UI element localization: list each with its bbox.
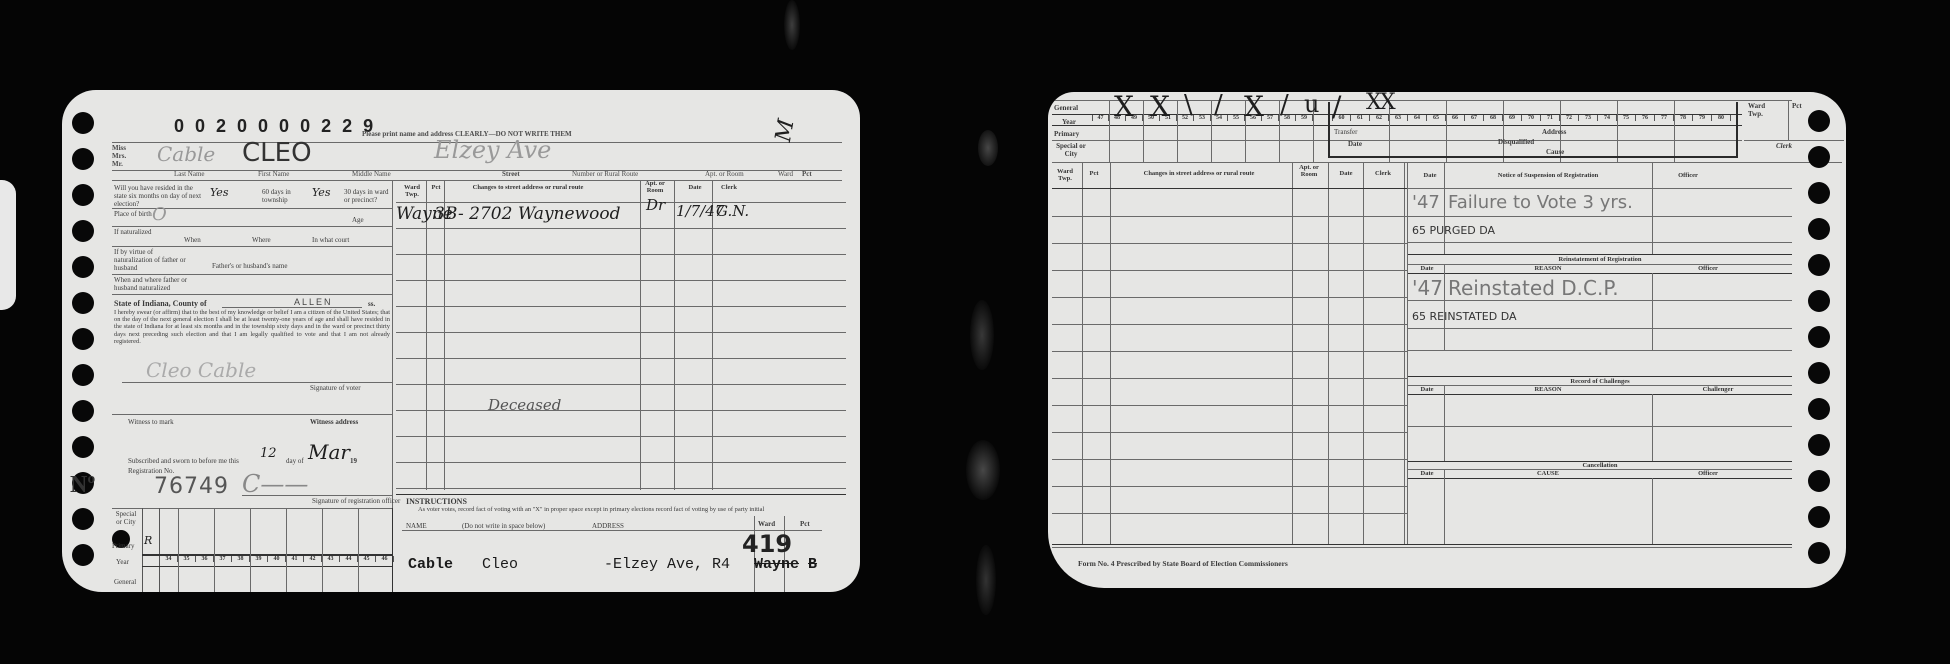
year-cell: 47 bbox=[1092, 115, 1109, 121]
punch-hole bbox=[72, 508, 94, 530]
primary-row-label: Primary bbox=[1054, 130, 1079, 138]
name-prefixes: Miss Mrs. Mr. bbox=[112, 144, 132, 168]
middle-name-label: Middle Name bbox=[352, 170, 391, 178]
handwritten-last-name: Cable bbox=[157, 142, 215, 166]
address-label: ADDRESS bbox=[592, 522, 624, 530]
residency-answer: Yes bbox=[210, 186, 228, 199]
vote-mark-u: u bbox=[1304, 92, 1319, 118]
col-header-date: Date bbox=[680, 184, 710, 191]
days-township-answer: Yes bbox=[312, 186, 330, 199]
place-of-birth-label: Place of birth bbox=[114, 210, 154, 218]
ward-twp-label: Ward Twp. bbox=[1748, 102, 1770, 118]
corner-mark: M bbox=[771, 117, 800, 144]
vote-mark-x: X bbox=[1150, 92, 1170, 123]
punch-hole bbox=[72, 292, 94, 314]
reinstatement-text: Reinstated D.C.P. bbox=[1448, 276, 1619, 300]
punch-hole bbox=[1808, 146, 1830, 168]
punch-hole bbox=[72, 112, 94, 134]
punch-hole bbox=[1808, 542, 1830, 564]
col-header-address: Changes in street address or rural route bbox=[1114, 170, 1284, 177]
punch-hole bbox=[1808, 434, 1830, 456]
registration-card-back: General Year Primary Special or City 47 … bbox=[1048, 92, 1846, 588]
year-cell: 40 bbox=[268, 556, 286, 562]
clerk-label-top: Clerk bbox=[1776, 142, 1792, 150]
col-header-pct: Pct bbox=[1084, 170, 1104, 177]
witness-address-label: Witness address bbox=[310, 418, 358, 426]
scan-artifact bbox=[976, 545, 996, 615]
typed-pct: B bbox=[808, 556, 817, 573]
county-value: ALLEN bbox=[294, 297, 333, 307]
punch-hole bbox=[1808, 398, 1830, 420]
handwritten-first-name: CLEO bbox=[242, 138, 312, 168]
punch-hole bbox=[1808, 110, 1830, 132]
reinstatement-date-header: Date bbox=[1412, 265, 1442, 272]
deceased-mark: Deceased bbox=[488, 396, 561, 414]
suspension-date-header: Date bbox=[1418, 172, 1442, 179]
year-cell: 37 bbox=[214, 556, 232, 562]
pct-label: Pct bbox=[1792, 102, 1802, 110]
challenges-date-header: Date bbox=[1412, 386, 1442, 393]
reinstated-stamp: 65 REINSTATED DA bbox=[1412, 310, 1517, 323]
serial-number: 0 0 2 0 0 0 0 2 2 9 bbox=[174, 116, 376, 137]
col-header-pct: Pct bbox=[428, 184, 444, 191]
challenges-title: Record of Challenges bbox=[1408, 378, 1792, 385]
ward-number: 419 bbox=[742, 530, 792, 558]
year-cell: 44 bbox=[340, 556, 358, 562]
purged-stamp: 65 PURGED DA bbox=[1412, 224, 1495, 237]
punch-hole bbox=[72, 184, 94, 206]
form-footer: Form No. 4 Prescribed by State Board of … bbox=[1078, 560, 1288, 568]
punch-hole bbox=[1808, 506, 1830, 528]
transfer-date-label: Date bbox=[1348, 140, 1362, 148]
witness-mark-label: Witness to mark bbox=[128, 418, 174, 426]
cancellation-cause-header: CAUSE bbox=[1448, 470, 1648, 477]
place-of-birth-value: O bbox=[152, 204, 167, 225]
general-label: General bbox=[114, 578, 136, 586]
col-header-ward: Ward Twp. bbox=[400, 184, 424, 198]
primary-label: Primary bbox=[112, 542, 135, 550]
col-header-date: Date bbox=[1334, 170, 1358, 177]
row-apt: Dr bbox=[646, 196, 665, 214]
days-township-label: 60 days in township bbox=[262, 188, 312, 204]
signature-voter-label: Signature of voter bbox=[310, 384, 361, 392]
scan-edge-artifact bbox=[0, 180, 16, 310]
punch-hole bbox=[1808, 326, 1830, 348]
vote-mark-x: X bbox=[1380, 92, 1396, 115]
col-header-clerk: Clerk bbox=[714, 184, 744, 191]
apt-room-label: Apt. or Room bbox=[705, 170, 744, 178]
registration-card-front: 0 0 2 0 0 0 0 2 2 9 Please print name an… bbox=[62, 90, 860, 592]
vote-mark-slash: / bbox=[1280, 92, 1289, 120]
punch-hole bbox=[72, 436, 94, 458]
year-cell: 42 bbox=[304, 556, 322, 562]
year-cell: 53 bbox=[1194, 115, 1211, 121]
handwritten-street: Elzey Ave bbox=[434, 136, 551, 164]
col-header-apt: Apt. or Room bbox=[1296, 164, 1322, 178]
subscribed-label: Subscribed and sworn to before me this bbox=[128, 457, 239, 465]
reinstatement-officer-header: Officer bbox=[1688, 265, 1728, 272]
col-header-clerk: Clerk bbox=[1370, 170, 1396, 177]
disqualified-label: Disqualified bbox=[1498, 138, 1534, 146]
instructions-heading: INSTRUCTIONS bbox=[406, 498, 467, 506]
year-cell: 36 bbox=[196, 556, 214, 562]
ss-label: ss. bbox=[368, 300, 375, 308]
punch-hole bbox=[72, 148, 94, 170]
punch-hole bbox=[1808, 182, 1830, 204]
special-city-label: Special or City bbox=[114, 510, 138, 526]
vote-mark-slash: / bbox=[1332, 92, 1341, 123]
year-cell: 55 bbox=[1228, 115, 1245, 121]
row-pct: 3B bbox=[434, 204, 457, 224]
suspension-officer-header: Officer bbox=[1668, 172, 1708, 179]
typed-first-name: Cleo bbox=[482, 556, 518, 573]
punch-hole bbox=[1808, 218, 1830, 240]
voter-signature: Cleo Cable bbox=[146, 358, 256, 382]
when-where-father-label: When and where father or husband natural… bbox=[114, 276, 209, 292]
suspension-text: Failure to Vote 3 yrs. bbox=[1448, 192, 1633, 213]
name-label: NAME bbox=[406, 522, 427, 530]
subscribed-month: Mar bbox=[308, 440, 350, 464]
punch-hole bbox=[1808, 290, 1830, 312]
scan-artifact bbox=[784, 0, 800, 50]
vote-mark-x: X bbox=[1244, 92, 1264, 123]
year-prefix: 19 bbox=[350, 457, 357, 465]
fathers-name-label: Father's or husband's name bbox=[212, 262, 287, 270]
naturalized-court-label: In what court bbox=[312, 236, 349, 244]
punch-hole bbox=[1808, 470, 1830, 492]
vote-mark-slash: / bbox=[1214, 92, 1223, 120]
scan-artifact bbox=[966, 440, 1000, 500]
ward-label-top: Ward bbox=[778, 170, 793, 178]
vote-mark-x: X bbox=[1114, 92, 1134, 123]
punch-hole bbox=[72, 364, 94, 386]
year-cell: 34 bbox=[160, 556, 178, 562]
do-not-write-label: (Do not write in space below) bbox=[462, 522, 545, 530]
naturalized-when-label: When bbox=[184, 236, 201, 244]
pct-label-top: Pct bbox=[802, 170, 812, 178]
signature-officer-label: Signature of registration officer bbox=[312, 497, 400, 505]
year-cell: 57 bbox=[1262, 115, 1279, 121]
vote-mark-slash: \ bbox=[1184, 92, 1193, 120]
year-cell: 43 bbox=[322, 556, 340, 562]
suspension-date: '47 bbox=[1412, 192, 1440, 213]
punch-hole bbox=[72, 328, 94, 350]
pct-label-bottom: Pct bbox=[800, 520, 810, 528]
day-of-label: day of bbox=[286, 457, 304, 465]
punch-hole bbox=[72, 544, 94, 566]
naturalized-where-label: Where bbox=[252, 236, 271, 244]
year-cell: 35 bbox=[178, 556, 196, 562]
year-row-label: Year bbox=[116, 558, 129, 566]
challenges-reason-header: REASON bbox=[1448, 386, 1648, 393]
ward-label-bottom: Ward bbox=[758, 520, 775, 528]
reinstatement-title: Reinstatement of Registration bbox=[1408, 256, 1792, 263]
naturalization-by-virtue-label: If by virtue of naturalization of father… bbox=[114, 248, 189, 272]
col-header-ward: Ward Twp. bbox=[1054, 168, 1076, 182]
cause-label: Cause bbox=[1546, 148, 1564, 156]
punch-hole bbox=[72, 220, 94, 242]
year-cell: 41 bbox=[286, 556, 304, 562]
number-route-label: Number or Rural Route bbox=[572, 170, 638, 178]
address-box-label: Address bbox=[1542, 128, 1566, 136]
suspension-notice-header: Notice of Suspension of Registration bbox=[1448, 172, 1648, 179]
last-name-label: Last Name bbox=[174, 170, 205, 178]
punch-hole bbox=[72, 256, 94, 278]
cancellation-date-header: Date bbox=[1412, 470, 1442, 477]
first-name-label: First Name bbox=[258, 170, 289, 178]
year-cell: 39 bbox=[250, 556, 268, 562]
typed-ward: Wayne bbox=[754, 556, 799, 573]
year-cell: 38 bbox=[232, 556, 250, 562]
typed-address: -Elzey Ave, R4 bbox=[604, 556, 730, 573]
instructions-text: As voter votes, record fact of voting wi… bbox=[418, 506, 778, 514]
subscribed-day: 12 bbox=[260, 446, 277, 461]
oath-text: I hereby swear (or affirm) that to the b… bbox=[114, 309, 390, 345]
year-cell: 45 bbox=[358, 556, 376, 562]
number-symbol: Nº bbox=[70, 472, 95, 499]
age-label: Age bbox=[352, 216, 364, 224]
punch-hole bbox=[72, 400, 94, 422]
front-changes-table: Ward Twp. Pct Changes to street address … bbox=[396, 180, 846, 490]
naturalized-label: If naturalized bbox=[114, 228, 152, 236]
front-voting-grid bbox=[142, 508, 160, 592]
scan-artifact bbox=[970, 300, 994, 370]
challenges-challenger-header: Challenger bbox=[1688, 386, 1748, 393]
row-address: - 2702 Waynewood bbox=[458, 204, 620, 224]
punch-hole bbox=[1808, 362, 1830, 384]
street-label: Street bbox=[502, 170, 520, 178]
typed-last-name: Cable bbox=[408, 556, 453, 573]
special-city-row-label: Special or City bbox=[1056, 142, 1086, 158]
officer-signature: C—— bbox=[242, 470, 308, 498]
registration-number: 76749 bbox=[154, 474, 229, 499]
col-header-apt: Apt. or Room bbox=[642, 180, 668, 194]
oath-heading: State of Indiana, County of bbox=[114, 300, 207, 308]
row-clerk: G.N. bbox=[716, 202, 749, 220]
general-row-label: General bbox=[1054, 104, 1078, 112]
days-ward-label: 30 days in ward or precinct? bbox=[344, 188, 392, 204]
cancellation-title: Cancellation bbox=[1408, 462, 1792, 469]
cancellation-officer-header: Officer bbox=[1688, 470, 1728, 477]
col-header-address: Changes to street address or rural route bbox=[450, 184, 606, 191]
reinstatement-date: '47 bbox=[1412, 276, 1443, 300]
reinstatement-reason-header: REASON bbox=[1448, 265, 1648, 272]
scan-artifact bbox=[978, 130, 998, 166]
punch-hole bbox=[1808, 254, 1830, 276]
transfer-label: Transfer bbox=[1334, 128, 1357, 136]
